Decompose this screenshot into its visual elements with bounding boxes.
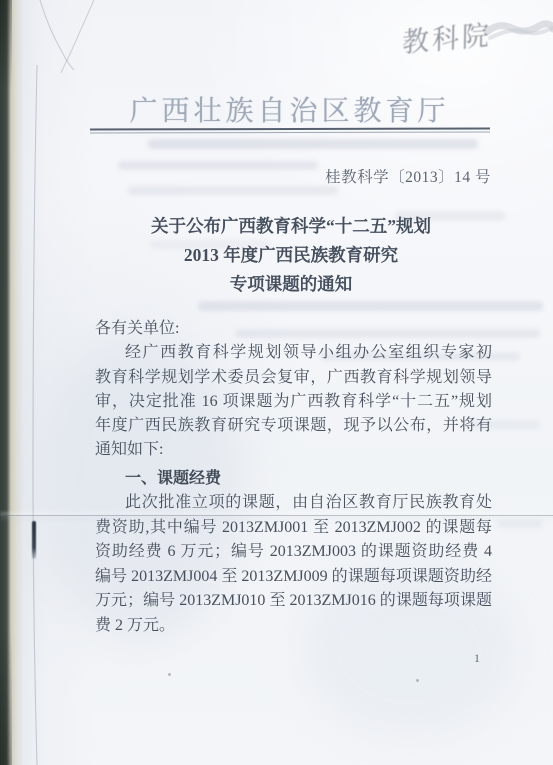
body-line: 此次批准立项的课题，由自治区教育厅民族教育处提供经 bbox=[95, 491, 492, 516]
salutation: 各有关单位: bbox=[95, 317, 492, 341]
body-line: 费资助,其中编号 2013ZMJ001 至 2013ZMJ002 的课题每项课题 bbox=[95, 516, 492, 541]
body-line: 审，决定批准 16 项课题为广西教育科学“十二五”规划 2013 bbox=[95, 390, 492, 414]
body-line: 通知如下: bbox=[95, 438, 492, 462]
header-rule bbox=[90, 127, 490, 133]
body-line: 教育科学规划学术委员会复审，广西教育科学规划领导小组终 bbox=[95, 366, 492, 390]
document-body: 各有关单位: 经广西教育科学规划领导小组办公室组织专家初审，广西 教育科学规划学… bbox=[95, 317, 492, 516]
body-line: 编号 2013ZMJ004 至 2013ZMJ009 的课题每项课题资助经费 3 bbox=[95, 565, 492, 590]
subject-line-1: 关于公布广西教育科学“十二五”规划 bbox=[29, 212, 553, 241]
agency-title: 广西壮族自治区教育厅 bbox=[0, 89, 553, 129]
page-number: 1 bbox=[474, 651, 480, 666]
subject-title: 关于公布广西教育科学“十二五”规划 2013 年度广西民族教育研究 专项课题的通… bbox=[29, 212, 553, 299]
section-heading: 一、课题经费 bbox=[95, 467, 492, 491]
scanned-document-page: 教科院 广西壮族自治区教育厅 桂教科学〔2013〕14 号 关于公布广西教育科学… bbox=[0, 0, 553, 765]
body-line: 年度广西民族教育研究专项课题，现予以公布，并将有关事项 bbox=[95, 414, 492, 438]
document-number: 桂教科学〔2013〕14 号 bbox=[0, 165, 491, 187]
subject-line-2: 2013 年度广西民族教育研究 bbox=[29, 241, 553, 270]
body-line: 费 2 万元。 bbox=[95, 614, 492, 639]
subject-line-3: 专项课题的通知 bbox=[29, 270, 553, 299]
body-line: 万元；编号 2013ZMJ010 至 2013ZMJ016 的课题每项课题资助经 bbox=[95, 589, 492, 614]
body-line: 经广西教育科学规划领导小组办公室组织专家初审，广西 bbox=[95, 341, 492, 365]
body-line: 资助经费 6 万元；编号 2013ZMJ003 的课题资助经费 4 万元； bbox=[95, 540, 492, 565]
